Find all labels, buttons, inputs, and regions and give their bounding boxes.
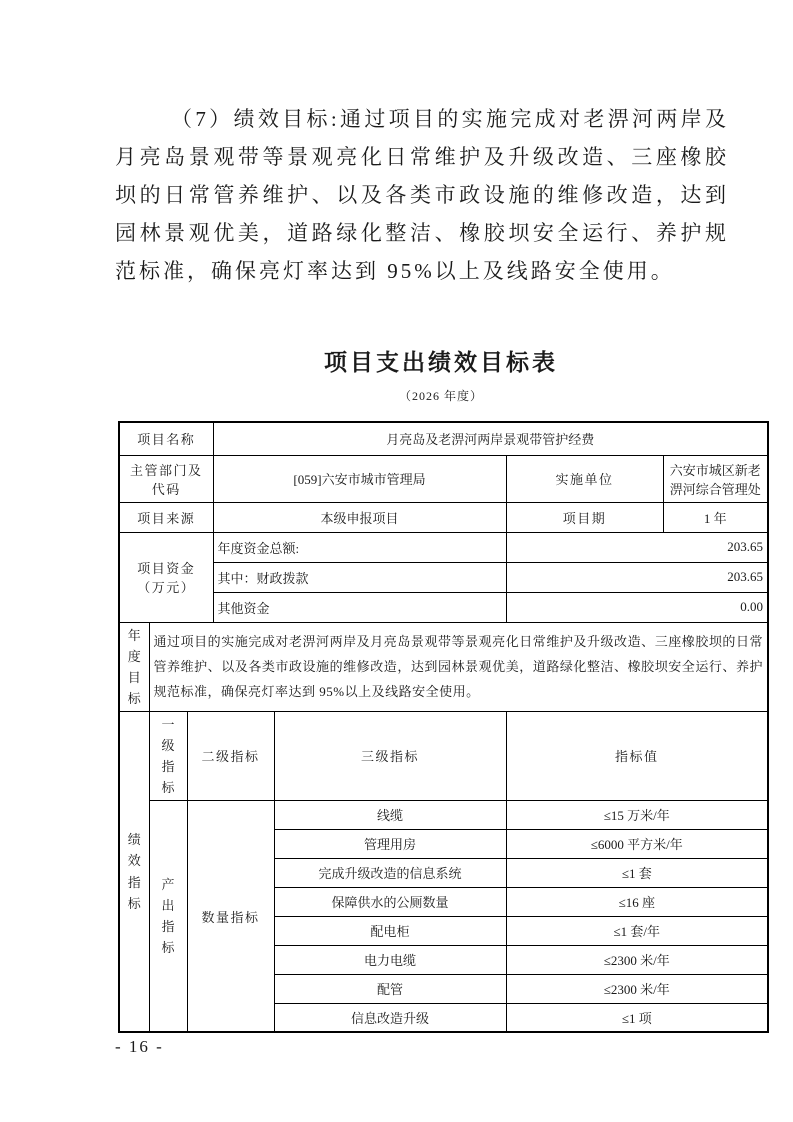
table-row-project-name: 项目名称 月亮岛及老淠河两岸景观带管护经费: [119, 422, 768, 455]
indicator-value: ≤2300 米/年: [506, 945, 768, 974]
indicator-name: 电力电缆: [274, 945, 506, 974]
table-row-funding-fiscal: 其中：财政拨款 203.65: [119, 562, 768, 592]
level3-header: 三级指标: [274, 711, 506, 800]
funding-fiscal-value: 203.65: [506, 562, 768, 592]
indicator-name: 信息改造升级: [274, 1003, 506, 1032]
indicator-value: ≤1 套: [506, 858, 768, 887]
project-name-label: 项目名称: [119, 422, 213, 455]
table-row-department: 主管部门及代码 [059]六安市城市管理局 实施单位 六安市城区新老淠河综合管理…: [119, 455, 768, 502]
indicator-value: ≤2300 米/年: [506, 974, 768, 1003]
funding-fiscal-label: 其中：财政拨款: [213, 562, 506, 592]
annual-goal-label: 年度目标: [119, 622, 149, 711]
level1-header: 一级指标: [149, 711, 187, 800]
indicator-section-label: 绩效指标: [119, 711, 149, 1032]
table-row-indicator: 产出指标 数量指标 线缆 ≤15 万米/年: [119, 800, 768, 829]
dept-value: [059]六安市城市管理局: [213, 455, 506, 502]
indicator-name: 保障供水的公厕数量: [274, 887, 506, 916]
source-label: 项目来源: [119, 502, 213, 532]
indicator-value: ≤15 万米/年: [506, 800, 768, 829]
annual-goal-text: 通过项目的实施完成对老淠河两岸及月亮岛景观带等景观亮化日常维护及升级改造、三座橡…: [149, 622, 768, 711]
table-row-annual-goal: 年度目标 通过项目的实施完成对老淠河两岸及月亮岛景观带等景观亮化日常维护及升级改…: [119, 622, 768, 711]
period-value: 1 年: [663, 502, 768, 532]
project-name-value: 月亮岛及老淠河两岸景观带管护经费: [213, 422, 768, 455]
indicator-section-label-text: 绩效指标: [127, 829, 142, 913]
level2-header: 二级指标: [187, 711, 274, 800]
indicator-value: ≤1 项: [506, 1003, 768, 1032]
level1-header-text: 一级指标: [161, 714, 176, 798]
table-row-source: 项目来源 本级申报项目 项目期 1 年: [119, 502, 768, 532]
indicator-name: 线缆: [274, 800, 506, 829]
indicator-name: 配电柜: [274, 916, 506, 945]
value-header: 指标值: [506, 711, 768, 800]
dept-label: 主管部门及代码: [119, 455, 213, 502]
funding-total-label: 年度资金总额:: [213, 532, 506, 562]
page-number: - 16 -: [115, 1037, 767, 1057]
funding-other-label: 其他资金: [213, 592, 506, 622]
impl-unit-value: 六安市城区新老淠河综合管理处: [663, 455, 768, 502]
funding-other-value: 0.00: [506, 592, 768, 622]
indicator-name: 完成升级改造的信息系统: [274, 858, 506, 887]
table-row-funding-total: 项目资金（万元） 年度资金总额: 203.65: [119, 532, 768, 562]
table-subtitle: （2026 年度）: [115, 387, 767, 404]
table-row-indicator-header: 绩效指标 一级指标 二级指标 三级指标 指标值: [119, 711, 768, 800]
table-title: 项目支出绩效目标表: [115, 344, 767, 377]
performance-goal-paragraph: （7）绩效目标:通过项目的实施完成对老淠河两岸及月亮岛景观带等景观亮化日常维护及…: [115, 100, 729, 290]
indicator-name: 配管: [274, 974, 506, 1003]
annual-goal-label-text: 年度目标: [127, 625, 142, 709]
level1-value-cell: 产出指标: [149, 800, 187, 1032]
indicator-name: 管理用房: [274, 829, 506, 858]
table-row-funding-other: 其他资金 0.00: [119, 592, 768, 622]
page-content: （7）绩效目标:通过项目的实施完成对老淠河两岸及月亮岛景观带等景观亮化日常维护及…: [115, 0, 767, 1057]
indicator-value: ≤16 座: [506, 887, 768, 916]
document-page: （7）绩效目标:通过项目的实施完成对老淠河两岸及月亮岛景观带等景观亮化日常维护及…: [0, 0, 793, 1122]
source-value: 本级申报项目: [213, 502, 506, 532]
impl-unit-label: 实施单位: [506, 455, 663, 502]
indicator-value: ≤6000 平方米/年: [506, 829, 768, 858]
funding-label: 项目资金（万元）: [119, 532, 213, 622]
level1-value-text: 产出指标: [161, 874, 176, 958]
performance-target-table: 项目名称 月亮岛及老淠河两岸景观带管护经费 主管部门及代码 [059]六安市城市…: [118, 421, 769, 1033]
period-label: 项目期: [506, 502, 663, 532]
level2-value-cell: 数量指标: [187, 800, 274, 1032]
indicator-value: ≤1 套/年: [506, 916, 768, 945]
funding-total-value: 203.65: [506, 532, 768, 562]
